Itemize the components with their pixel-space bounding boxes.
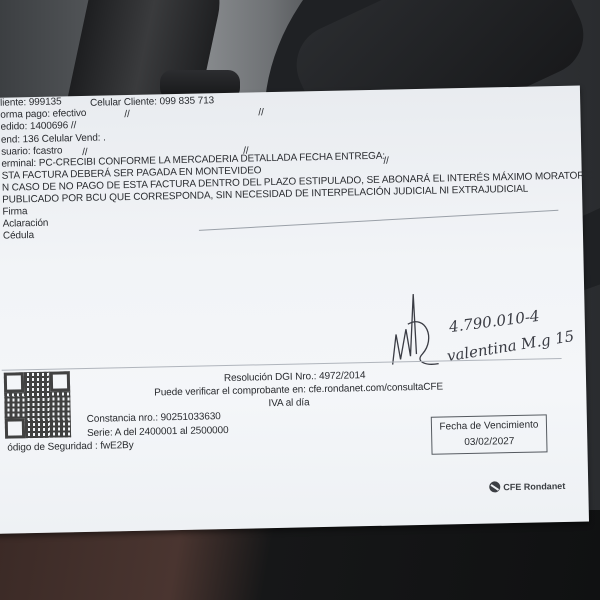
section-divider [2,358,562,371]
client-number: liente: 999135 [0,96,62,108]
due-date-value: 03/02/2027 [432,435,546,448]
rondanet-logo-icon [489,481,500,492]
slash-mark: // [383,156,389,167]
clarification-label: Aclaración [3,218,49,230]
signature-line [199,210,558,231]
id-label: Cédula [3,230,34,242]
dgi-resolution: Resolución DGI Nro.: 4972/2014 [224,370,366,384]
signature-label: Firma [2,206,27,218]
constancia-number: Constancia nro.: 90251033630 [87,411,221,425]
order-number: edido: 1400696 // [0,120,76,133]
verify-url: Puede verificar el comprobante en: cfe.r… [154,381,443,398]
qr-code-icon [4,371,71,438]
series-range: Serie: A del 2400001 al 2500000 [87,425,229,439]
payment-method: orma pago: efectivo [0,108,86,121]
security-code: ódigo de Seguridad : fwE2By [7,440,133,454]
client-phone: Celular Cliente: 099 835 713 [90,95,214,109]
iva-status: IVA al día [268,397,309,409]
due-date-box: Fecha de Vencimiento 03/02/2027 [431,414,548,454]
due-date-label: Fecha de Vencimiento [432,419,546,432]
brand-name: CFE Rondanet [503,480,565,491]
handwritten-id-number: 4.790.010-4 [448,307,540,336]
brand-mark: CFE Rondanet [489,480,565,493]
invoice-receipt: liente: 999135 Celular Cliente: 099 835 … [0,86,589,534]
slash-mark: // [124,109,130,120]
seller: end: 136 Celular Vend: . [1,133,106,146]
user: suario: fcastro [1,145,63,157]
slash-mark: // [258,107,264,118]
